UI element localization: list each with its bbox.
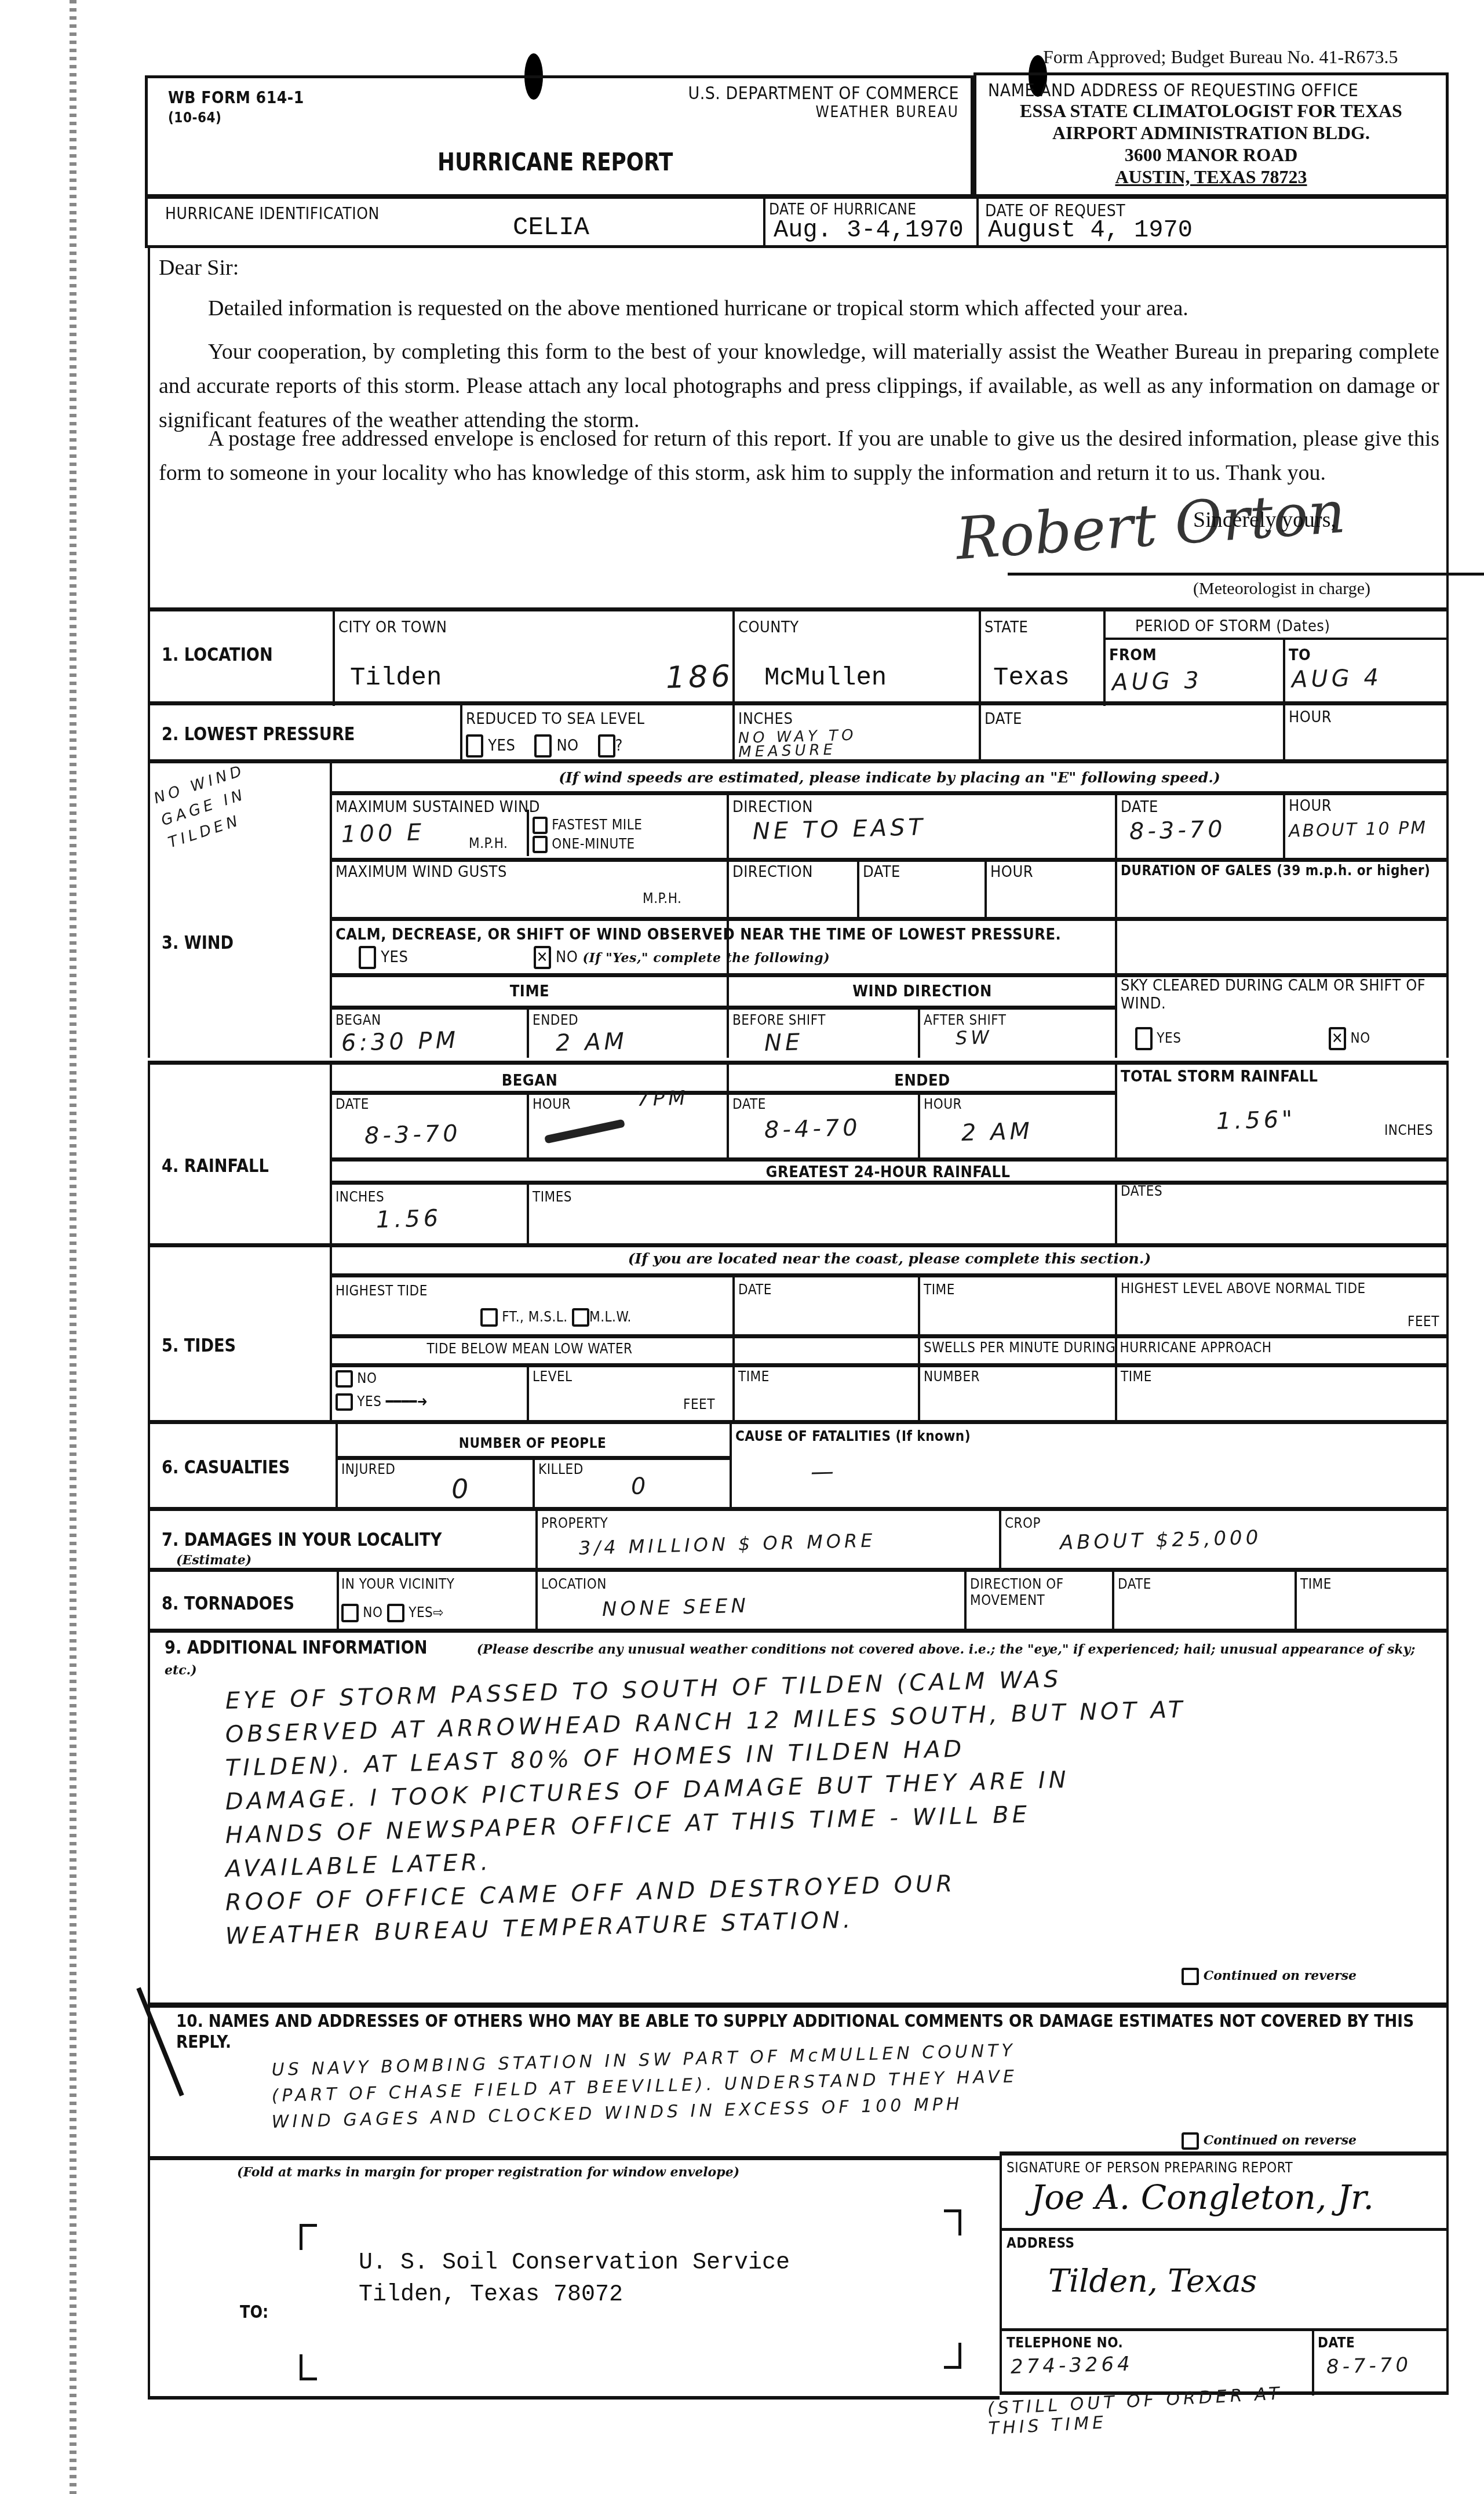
city-annotation: 186 <box>665 659 734 696</box>
city-value[interactable]: Tilden <box>350 664 442 693</box>
window-corner-bottom-left <box>300 2354 317 2380</box>
rainfall-section-label: 4. RAINFALL <box>162 1155 269 1177</box>
fastest-mile-option: FASTEST MILE <box>533 817 642 834</box>
fastest-mile-checkbox[interactable] <box>533 817 548 834</box>
property-value[interactable]: 3/4 MILLION $ OR MORE <box>579 1530 876 1559</box>
tides-section-label: 5. TIDES <box>162 1334 236 1356</box>
from-value[interactable]: AUG 3 <box>1111 667 1202 696</box>
additional-info-section: 9. ADDITIONAL INFORMATION (Please descri… <box>148 1629 1449 2005</box>
state-label: STATE <box>985 618 1028 636</box>
total-inches-unit: INCHES <box>1384 1123 1433 1139</box>
rain-began-date-value[interactable]: 8-3-70 <box>364 1120 461 1149</box>
gust-direction-label: DIRECTION <box>732 863 813 881</box>
ended-value[interactable]: 2 AM <box>555 1028 628 1057</box>
tornado-yes-checkbox[interactable] <box>387 1604 404 1622</box>
casualties-section: 6. CASUALTIES NUMBER OF PEOPLE INJURED 0… <box>148 1420 1449 1510</box>
reduced-options: YES NO ? <box>466 734 623 758</box>
max-sustained-value[interactable]: 100 E <box>341 819 425 848</box>
additional-continued-label: Continued on reverse <box>1204 1968 1357 1983</box>
vicinity-label: IN YOUR VICINITY <box>341 1577 454 1593</box>
period-label: PERIOD OF STORM (Dates) <box>1135 617 1330 635</box>
city-label: CITY OR TOWN <box>338 618 447 636</box>
sky-yes-checkbox[interactable] <box>1135 1027 1153 1050</box>
reduced-no-label: NO <box>556 737 578 755</box>
requesting-office-box: NAME AND ADDRESS OF REQUESTING OFFICE ES… <box>973 72 1449 197</box>
sky-cleared-label: SKY CLEARED DURING CALM OR SHIFT OF WIND… <box>1121 977 1445 1013</box>
tornado-time-label: TIME <box>1300 1577 1332 1593</box>
calm-no-checkbox[interactable] <box>534 946 551 969</box>
highest-tide-label: HIGHEST TIDE <box>336 1283 428 1299</box>
scribbled-out-text <box>544 1119 625 1144</box>
calm-no-label: NO <box>556 948 578 966</box>
additional-continued-checkbox[interactable] <box>1182 1968 1199 1985</box>
letter-paragraph-3: A postage free addressed envelope is enc… <box>159 422 1439 490</box>
telephone-value[interactable]: 274-3264 <box>1010 2352 1133 2379</box>
tornadoes-section-label: 8. TORNADOES <box>162 1592 294 1614</box>
wind-estimate-note: (If wind speeds are estimated, please in… <box>333 769 1446 786</box>
wind-section-label: 3. WIND <box>162 931 234 953</box>
after-shift-label: AFTER SHIFT <box>924 1013 1006 1029</box>
swells-label: SWELLS PER MINUTE DURING HURRICANE APPRO… <box>924 1340 1271 1356</box>
tornado-date-label: DATE <box>1118 1577 1151 1593</box>
preparer-address[interactable]: Tilden, Texas <box>1048 2263 1257 2299</box>
rain-began-hour-label: HOUR <box>533 1097 571 1113</box>
rain-ended-hour-label: HOUR <box>924 1097 962 1113</box>
before-shift-label: BEFORE SHIFT <box>732 1013 826 1029</box>
county-label: COUNTY <box>738 618 799 636</box>
address-line: AIRPORT ADMINISTRATION BLDG. <box>976 122 1446 144</box>
hurricane-id-value[interactable]: CELIA <box>513 213 589 242</box>
pressure-hour-label: HOUR <box>1289 708 1332 726</box>
level-label: LEVEL <box>533 1369 573 1385</box>
pressure-row: 2. LOWEST PRESSURE REDUCED TO SEA LEVEL … <box>148 701 1449 762</box>
time-label: TIME <box>330 982 730 1000</box>
preparer-box: SIGNATURE OF PERSON PREPARING REPORT Joe… <box>1000 2151 1449 2395</box>
reduced-yes-label: YES <box>488 737 515 755</box>
arrow-right-icon: ⇨ <box>433 1604 444 1621</box>
hurricane-id-label: HURRICANE IDENTIFICATION <box>165 205 380 223</box>
rainfall-section: 4. RAINFALL BEGAN ENDED TOTAL STORM RAIN… <box>148 1061 1449 1246</box>
others-continued-checkbox[interactable] <box>1182 2132 1199 2150</box>
calm-note: (If "Yes," complete the following) <box>583 951 830 966</box>
fastest-mile-label: FASTEST MILE <box>552 817 642 833</box>
arrow-right-icon: ━━━━➜ <box>386 1393 428 1410</box>
header-left-box: WB FORM 614-1 (10-64) U.S. DEPARTMENT OF… <box>145 75 973 197</box>
to-value[interactable]: AUG 4 <box>1291 664 1382 693</box>
casualties-section-label: 6. CASUALTIES <box>162 1456 290 1478</box>
greatest-24h-label: GREATEST 24-HOUR RAINFALL <box>330 1163 1446 1181</box>
date-of-hurricane-value[interactable]: Aug. 3-4,1970 <box>774 216 964 244</box>
crop-label: CROP <box>1005 1516 1041 1532</box>
reduced-yes-checkbox[interactable] <box>466 734 483 758</box>
preparer-signature[interactable]: Joe A. Congleton, Jr. <box>1031 2178 1374 2217</box>
one-minute-option: ONE-MINUTE <box>533 836 635 853</box>
window-corner-top-left <box>300 2224 317 2250</box>
ft-msl-checkbox[interactable] <box>480 1308 498 1327</box>
tornado-location-value[interactable]: NONE SEEN <box>601 1594 749 1621</box>
requesting-office-label: NAME AND ADDRESS OF REQUESTING OFFICE <box>988 81 1358 101</box>
tornado-location-label: LOCATION <box>541 1577 607 1593</box>
reduced-no-checkbox[interactable] <box>534 734 552 758</box>
prepared-date-value[interactable]: 8-7-70 <box>1326 2353 1412 2379</box>
cause-value[interactable]: — <box>810 1458 837 1486</box>
one-minute-label: ONE-MINUTE <box>552 836 635 852</box>
reduced-unknown-checkbox[interactable] <box>598 734 615 758</box>
killed-value[interactable]: 0 <box>630 1473 650 1500</box>
ended-label: ENDED <box>533 1013 578 1029</box>
tornado-no-checkbox[interactable] <box>341 1604 359 1622</box>
below-no-label: NO <box>357 1370 377 1386</box>
total-rainfall-value[interactable]: 1.56" <box>1216 1106 1296 1135</box>
others-section: 10. NAMES AND ADDRESSES OF OTHERS WHO MA… <box>148 2003 1449 2159</box>
damages-section: 7. DAMAGES IN YOUR LOCALITY (Estimate) P… <box>148 1507 1449 1571</box>
before-shift-value[interactable]: NE <box>764 1029 803 1057</box>
from-label: FROM <box>1109 646 1157 664</box>
gusts-label: MAXIMUM WIND GUSTS <box>336 863 507 881</box>
direction-label: DIRECTION <box>732 798 813 816</box>
mlw-label: M.L.W. <box>589 1309 632 1325</box>
inches-value[interactable]: NO WAY TO MEASURE <box>738 726 958 759</box>
date-of-request-value[interactable]: August 4, 1970 <box>988 216 1193 244</box>
wind-date-value[interactable]: 8-3-70 <box>1129 816 1226 845</box>
window-corner-bottom-right <box>944 2343 961 2369</box>
county-value[interactable]: McMullen <box>764 664 887 693</box>
damages-section-label: 7. DAMAGES IN YOUR LOCALITY <box>162 1528 442 1550</box>
additional-info-section-label: 9. ADDITIONAL INFORMATION <box>165 1637 428 1657</box>
sky-options: YES NO <box>1135 1027 1370 1050</box>
tornado-no-label: NO <box>363 1604 382 1621</box>
wind-section: NO WIND GAGE IN TILDEN 3. WIND (If wind … <box>148 759 1449 1058</box>
address-line: ESSA STATE CLIMATOLOGIST FOR TEXAS <box>976 100 1446 122</box>
mailing-box: (Fold at marks in margin for proper regi… <box>148 2156 1000 2400</box>
after-shift-value[interactable]: SW <box>956 1026 993 1049</box>
max-sustained-label: MAXIMUM SUSTAINED WIND <box>336 798 540 816</box>
direction-value[interactable]: NE TO EAST <box>752 814 926 845</box>
tide-datum-options: FT., M.S.L. M.L.W. <box>480 1308 632 1327</box>
below-yes-checkbox[interactable] <box>336 1393 353 1411</box>
pressure-section-label: 2. LOWEST PRESSURE <box>162 723 355 745</box>
injured-value[interactable]: 0 <box>451 1473 472 1505</box>
total-rainfall-label: TOTAL STORM RAINFALL <box>1121 1068 1318 1086</box>
rain-ended-label: ENDED <box>730 1072 1115 1090</box>
greatest-inches-value[interactable]: 1.56 <box>375 1205 442 1233</box>
prepared-date-label: DATE <box>1318 2335 1355 2351</box>
highest-level-label: HIGHEST LEVEL ABOVE NORMAL TIDE <box>1121 1281 1434 1297</box>
mlw-checkbox[interactable] <box>572 1308 589 1327</box>
one-minute-checkbox[interactable] <box>533 836 548 853</box>
bureau: WEATHER BUREAU <box>815 104 959 122</box>
signature-label: SIGNATURE OF PERSON PREPARING REPORT <box>1007 2160 1293 2176</box>
location-row: 1. LOCATION CITY OR TOWN Tilden 186 COUN… <box>148 607 1449 706</box>
tides-section: 5. TIDES (If you are located near the co… <box>148 1243 1449 1423</box>
vicinity-options: NO YES⇨ <box>341 1604 444 1622</box>
coast-note: (If you are located near the coast, plea… <box>333 1250 1446 1267</box>
tide-below-label: TIDE BELOW MEAN LOW WATER <box>330 1341 730 1357</box>
form-title: HURRICANE REPORT <box>437 148 673 176</box>
dates-label: DATES <box>1121 1184 1162 1200</box>
below-no-option: NO <box>336 1370 377 1388</box>
form-number: WB FORM 614-1 <box>168 89 304 107</box>
requesting-office-address: ESSA STATE CLIMATOLOGIST FOR TEXAS AIRPO… <box>976 100 1446 188</box>
rain-began-date-label: DATE <box>336 1097 369 1113</box>
rain-ended-date-label: DATE <box>732 1097 766 1113</box>
signer-title: (Meteorologist in charge) <box>1193 576 1370 603</box>
below-no-checkbox[interactable] <box>336 1370 353 1388</box>
additional-continued: Continued on reverse <box>1182 1968 1357 1985</box>
gales-label: DURATION OF GALES (39 m.p.h. or higher) <box>1121 863 1445 879</box>
greatest-inches-label: INCHES <box>336 1189 384 1206</box>
location-section-label: 1. LOCATION <box>162 643 273 665</box>
pressure-date-label: DATE <box>985 710 1022 728</box>
others-text[interactable]: US NAVY BOMBING STATION IN SW PART OF Mc… <box>272 2060 1402 2138</box>
cause-label: CAUSE OF FATALITIES (If known) <box>735 1429 971 1445</box>
meteorologist-signature: Robert Orton <box>954 478 1348 573</box>
to-address-line: Tilden, Texas 78072 <box>359 2279 790 2311</box>
to-label: TO: <box>240 2302 268 2322</box>
budget-note: Form Approved; Budget Bureau No. 41-R673… <box>1043 46 1398 68</box>
damages-estimate: (Estimate) <box>176 1553 251 1568</box>
property-label: PROPERTY <box>541 1516 608 1532</box>
salutation: Dear Sir: <box>159 251 239 285</box>
ft-msl-label: FT., M.S.L. <box>502 1309 567 1325</box>
crop-value[interactable]: ABOUT $25,000 <box>1059 1526 1261 1554</box>
gust-date-label: DATE <box>863 863 900 881</box>
began-value[interactable]: 6:30 PM <box>341 1027 459 1057</box>
fold-note: (Fold at marks in margin for proper regi… <box>237 2165 739 2180</box>
form-revision: (10-64) <box>168 110 221 126</box>
gusts-mph-label: M.P.H. <box>643 891 681 907</box>
margin-perforation <box>70 0 76 2494</box>
number-of-people-label: NUMBER OF PEOPLE <box>336 1436 730 1452</box>
letter-paragraph-1: Detailed information is requested on the… <box>159 292 1434 326</box>
reduced-unknown-label: ? <box>615 737 623 755</box>
sky-no-label: NO <box>1350 1030 1370 1046</box>
state-value[interactable]: Texas <box>993 664 1070 693</box>
level-feet: FEET <box>683 1397 715 1413</box>
additional-info-text[interactable]: EYE OF STORM PASSED TO SOUTH OF TILDEN (… <box>225 1688 1413 1957</box>
calm-yes-checkbox[interactable] <box>359 946 376 969</box>
began-label: BEGAN <box>336 1013 381 1029</box>
reduced-label: REDUCED TO SEA LEVEL <box>466 710 645 728</box>
tide-date-label: DATE <box>738 1282 772 1298</box>
to-address-line: U. S. Soil Conservation Service <box>359 2247 790 2279</box>
tornadoes-section: 8. TORNADOES IN YOUR VICINITY NO YES⇨ LO… <box>148 1568 1449 1632</box>
wind-date-label: DATE <box>1121 798 1158 816</box>
calm-yes-label: YES <box>381 948 408 966</box>
killed-label: KILLED <box>538 1462 584 1478</box>
tide-time-label: TIME <box>924 1282 955 1298</box>
mph-label: M.P.H. <box>469 836 508 852</box>
injured-label: INJURED <box>341 1462 395 1478</box>
others-continued: Continued on reverse <box>1182 2132 1357 2150</box>
calm-options: YES NO (If "Yes," complete the following… <box>359 946 830 969</box>
telephone-label: TELEPHONE NO. <box>1007 2335 1123 2351</box>
identification-row: HURRICANE IDENTIFICATION CELIA DATE OF H… <box>145 196 1449 248</box>
sky-yes-label: YES <box>1157 1030 1181 1046</box>
rain-began-hour-value[interactable]: 7PM <box>636 1087 689 1111</box>
below-time-label: TIME <box>738 1369 770 1385</box>
sky-no-checkbox[interactable] <box>1329 1027 1346 1050</box>
window-corner-top-right <box>944 2209 961 2236</box>
tornado-yes-label: YES <box>409 1604 433 1621</box>
below-yes-option: YES ━━━━➜ <box>336 1393 428 1411</box>
rain-ended-hour-value[interactable]: 2 AM <box>961 1118 1033 1146</box>
address-line: 3600 MANOR ROAD <box>976 144 1446 166</box>
others-continued-label: Continued on reverse <box>1204 2133 1357 2148</box>
tornado-direction-label: DIRECTION OF MOVEMENT <box>970 1577 1109 1608</box>
wind-hour-value[interactable]: ABOUT 10 PM <box>1289 818 1428 842</box>
address-line: AUSTIN, TEXAS 78723 <box>976 166 1446 188</box>
address-label: ADDRESS <box>1007 2236 1074 2252</box>
wind-direction-label: WIND DIRECTION <box>730 982 1115 1000</box>
to-address: U. S. Soil Conservation Service Tilden, … <box>359 2247 790 2311</box>
calm-question: CALM, DECREASE, OR SHIFT OF WIND OBSERVE… <box>336 926 1061 944</box>
rain-ended-date-value[interactable]: 8-4-70 <box>764 1115 861 1144</box>
to-label: TO <box>1289 646 1311 664</box>
department: U.S. DEPARTMENT OF COMMERCE <box>688 84 959 104</box>
inches-label: INCHES <box>738 710 793 728</box>
wind-hour-label: HOUR <box>1289 797 1332 815</box>
below-yes-label: YES <box>357 1393 381 1410</box>
times-label: TIMES <box>533 1189 572 1206</box>
highest-level-feet: FEET <box>1408 1314 1439 1330</box>
swell-number-label: NUMBER <box>924 1369 980 1385</box>
gust-hour-label: HOUR <box>990 863 1033 881</box>
letter-box: Dear Sir: Detailed information is reques… <box>148 248 1449 607</box>
swell-time-label: TIME <box>1121 1369 1152 1385</box>
